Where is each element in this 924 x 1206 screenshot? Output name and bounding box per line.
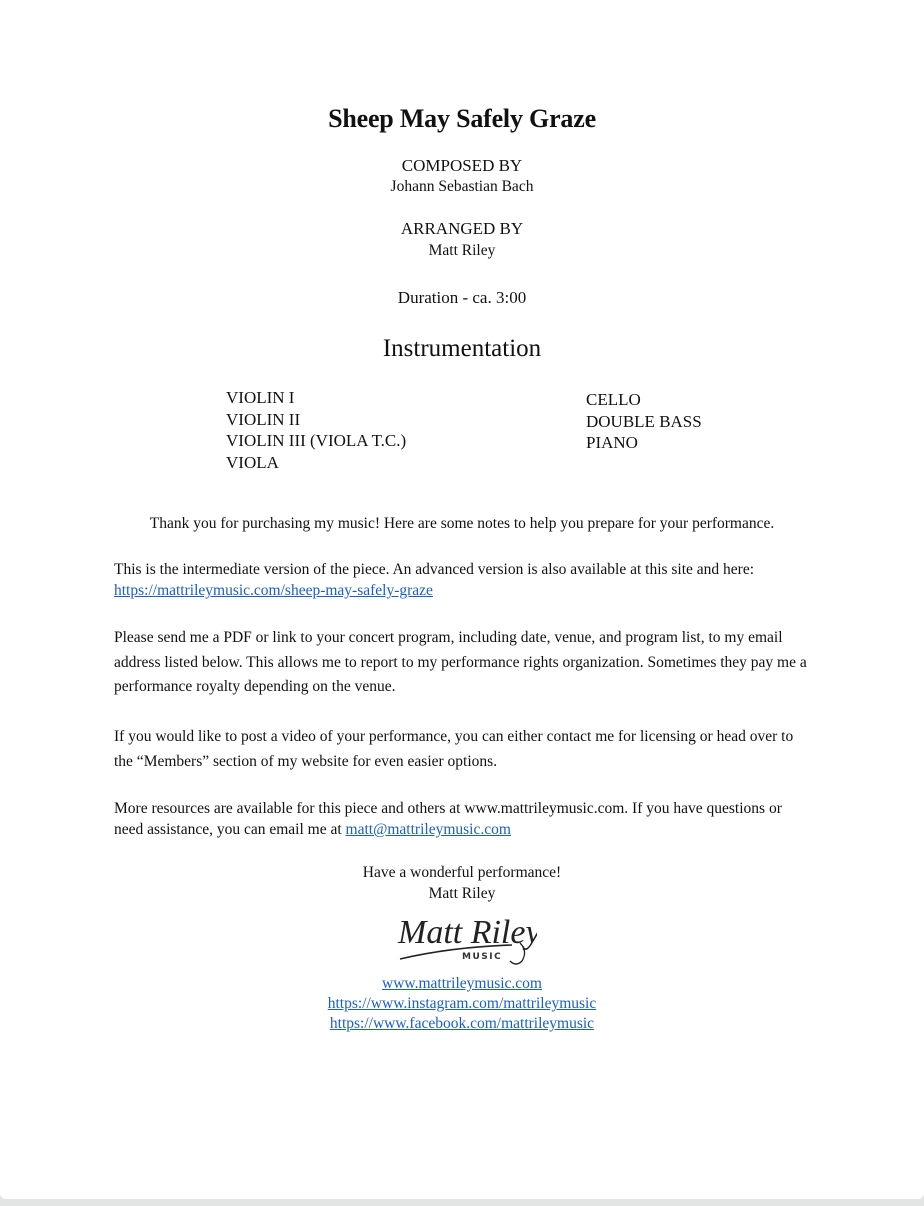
- instrument-item: VIOLIN II: [226, 409, 406, 431]
- program-paragraph: Please send me a PDF or link to your con…: [114, 626, 814, 700]
- matt-riley-music-logo: Matt Riley MUSIC: [392, 907, 537, 969]
- closing-text: Have a wonderful performance!: [0, 864, 924, 882]
- composer-name: Johann Sebastian Bach: [0, 178, 924, 196]
- signature-logo-icon: Matt Riley MUSIC: [392, 907, 537, 969]
- email-link[interactable]: matt@mattrileymusic.com: [346, 821, 511, 838]
- instrument-list-right: CELLO DOUBLE BASS PIANO: [586, 389, 702, 454]
- instagram-link[interactable]: https://www.instagram.com/mattrileymusic: [328, 995, 596, 1012]
- signoff-name: Matt Riley: [0, 885, 924, 903]
- facebook-link[interactable]: https://www.facebook.com/mattrileymusic: [330, 1015, 594, 1032]
- version-paragraph: This is the intermediate version of the …: [114, 559, 814, 601]
- video-paragraph: If you would like to post a video of you…: [114, 725, 814, 774]
- duration: Duration - ca. 3:00: [0, 288, 924, 308]
- instrument-item: VIOLA: [226, 452, 406, 474]
- document-title: Sheep May Safely Graze: [0, 104, 924, 134]
- instrument-item: VIOLIN I: [226, 387, 406, 409]
- arranger-name: Matt Riley: [0, 242, 924, 260]
- svg-text:Matt Riley: Matt Riley: [397, 914, 537, 951]
- footer-links: www.mattrileymusic.com https://www.insta…: [0, 974, 924, 1034]
- instrument-item: CELLO: [586, 389, 702, 411]
- instrument-item: DOUBLE BASS: [586, 411, 702, 433]
- version-link[interactable]: https://mattrileymusic.com/sheep-may-saf…: [114, 582, 433, 599]
- instrument-item: PIANO: [586, 432, 702, 454]
- instrumentation-heading: Instrumentation: [0, 335, 924, 363]
- svg-text:MUSIC: MUSIC: [462, 952, 502, 962]
- resources-paragraph: More resources are available for this pi…: [114, 798, 814, 840]
- intro-text: Thank you for purchasing my music! Here …: [0, 515, 924, 533]
- website-link[interactable]: www.mattrileymusic.com: [382, 975, 542, 992]
- instrument-item: VIOLIN III (VIOLA T.C.): [226, 430, 406, 452]
- version-note: This is the intermediate version of the …: [114, 561, 754, 578]
- arranged-by-label: ARRANGED BY: [0, 219, 924, 239]
- instrument-list-left: VIOLIN I VIOLIN II VIOLIN III (VIOLA T.C…: [226, 387, 406, 474]
- document-page: Sheep May Safely Graze COMPOSED BY Johan…: [0, 0, 924, 1199]
- composed-by-label: COMPOSED BY: [0, 156, 924, 176]
